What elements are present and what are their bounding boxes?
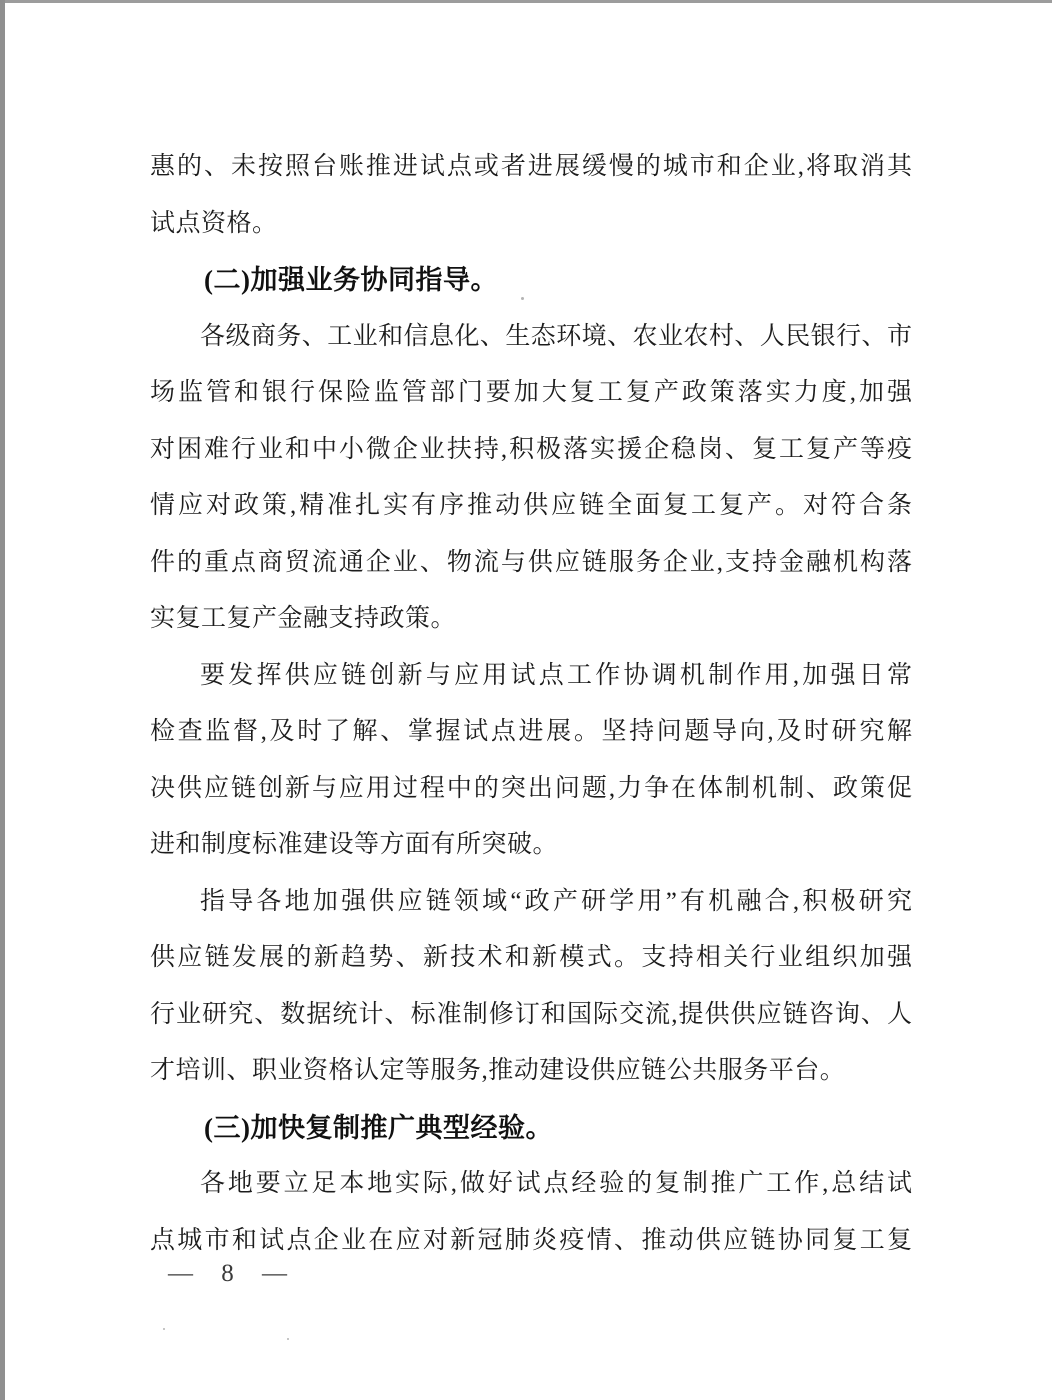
paragraph: 惠的、未按照台账推进试点或者进展缓慢的城市和企业,将取消其 试点资格。	[150, 139, 912, 252]
text-line: 惠的、未按照台账推进试点或者进展缓慢的城市和企业,将取消其	[150, 139, 912, 196]
paragraph: 各级商务、工业和信息化、生态环境、农业农村、人民银行、市 场监管和银行保险监管部…	[150, 309, 912, 648]
page-number: — 8 —	[168, 1260, 289, 1288]
text-line: 各级商务、工业和信息化、生态环境、农业农村、人民银行、市	[150, 309, 912, 366]
text-line: 对困难行业和中小微企业扶持,积极落实援企稳岗、复工复产等疫	[150, 422, 912, 479]
text-line: 指导各地加强供应链领域“政产研学用”有机融合,积极研究	[150, 874, 912, 931]
section-heading: (二)加强业务协同指导。	[150, 252, 912, 309]
text-line: 场监管和银行保险监管部门要加大复工复产政策落实力度,加强	[150, 365, 912, 422]
text-line: 决供应链创新与应用过程中的突出问题,力争在体制机制、政策促	[150, 761, 912, 818]
scan-speck	[287, 1338, 289, 1340]
scan-speck	[163, 1328, 165, 1330]
paragraph: 指导各地加强供应链领域“政产研学用”有机融合,积极研究 供应链发展的新趋势、新技…	[150, 874, 912, 1100]
text-line: 情应对政策,精准扎实有序推动供应链全面复工复产。对符合条	[150, 478, 912, 535]
text-line: 行业研究、数据统计、标准制修订和国际交流,提供供应链咨询、人	[150, 987, 912, 1044]
text-line: 才培训、职业资格认定等服务,推动建设供应链公共服务平台。	[150, 1043, 912, 1100]
scan-speck	[521, 297, 524, 300]
text-line: 进和制度标准建设等方面有所突破。	[150, 817, 912, 874]
heading-line: (二)加强业务协同指导。	[150, 252, 912, 309]
heading-line: (三)加快复制推广典型经验。	[150, 1100, 912, 1157]
text-line: 各地要立足本地实际,做好试点经验的复制推广工作,总结试	[150, 1156, 912, 1213]
scan-edge-top	[0, 0, 1052, 3]
paragraph: 各地要立足本地实际,做好试点经验的复制推广工作,总结试 点城市和试点企业在应对新…	[150, 1156, 912, 1269]
text-line: 检查监督,及时了解、掌握试点进展。坚持问题导向,及时研究解	[150, 704, 912, 761]
text-line: 试点资格。	[150, 196, 912, 253]
section-heading: (三)加快复制推广典型经验。	[150, 1100, 912, 1157]
text-line: 要发挥供应链创新与应用试点工作协调机制作用,加强日常	[150, 648, 912, 705]
text-line: 供应链发展的新趋势、新技术和新模式。支持相关行业组织加强	[150, 930, 912, 987]
scanned-document-page: 惠的、未按照台账推进试点或者进展缓慢的城市和企业,将取消其 试点资格。 (二)加…	[0, 0, 1052, 1400]
text-line: 实复工复产金融支持政策。	[150, 591, 912, 648]
scan-edge-left	[0, 0, 5, 1400]
text-line: 件的重点商贸流通企业、物流与供应链服务企业,支持金融机构落	[150, 535, 912, 592]
document-body: 惠的、未按照台账推进试点或者进展缓慢的城市和企业,将取消其 试点资格。 (二)加…	[150, 139, 912, 1269]
paragraph: 要发挥供应链创新与应用试点工作协调机制作用,加强日常 检查监督,及时了解、掌握试…	[150, 648, 912, 874]
